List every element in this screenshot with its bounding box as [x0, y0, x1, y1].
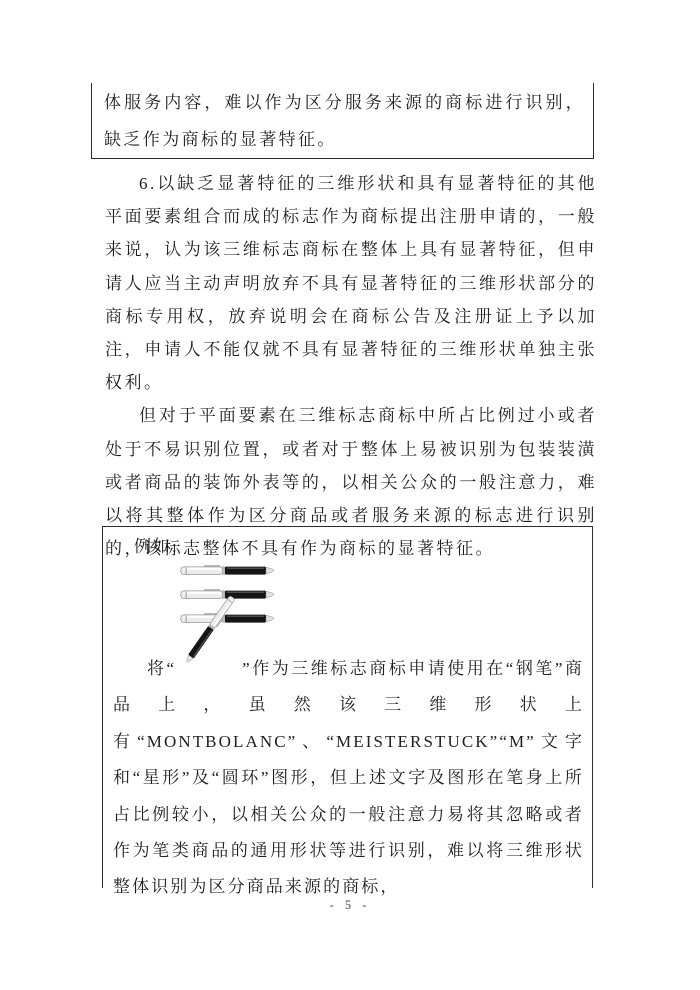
- top-box-text: 体服务内容，难以作为区分服务来源的商标进行识别，缺乏作为商标的显著特征。: [92, 83, 593, 158]
- pen-image: [180, 565, 274, 576]
- example-text-after-pen: ”作为三维标志商标申请使用在“钢笔”商品上，虽然该三维形状上有“MONTBOLA…: [113, 659, 584, 896]
- example-label: 例如:: [134, 536, 592, 558]
- example-text-before-pen: 将“: [147, 659, 176, 678]
- page-number: - 5 -: [0, 898, 700, 913]
- top-continuation-box: 体服务内容，难以作为区分服务来源的商标进行识别，缺乏作为商标的显著特征。: [91, 83, 594, 159]
- example-paragraph: 将“”作为三维标志商标申请使用在“钢笔”商品上，虽然该三维形状上有“MONTBO…: [103, 651, 592, 906]
- body-text: 6.以缺乏显著特征的三维形状和具有显著特征的其他平面要素组合而成的标志作为商标提…: [105, 161, 597, 565]
- document-page: 体服务内容，难以作为区分服务来源的商标进行识别，缺乏作为商标的显著特征。 6.以…: [0, 0, 700, 990]
- inline-pen-slot: [176, 657, 242, 674]
- example-box: 例如: 将“”作为三维标志商标申请使用在“钢笔”商品上，虽然该三维形状上有“MO…: [102, 526, 593, 888]
- paragraph-item-6: 6.以缺乏显著特征的三维形状和具有显著特征的其他平面要素组合而成的标志作为商标提…: [105, 167, 597, 399]
